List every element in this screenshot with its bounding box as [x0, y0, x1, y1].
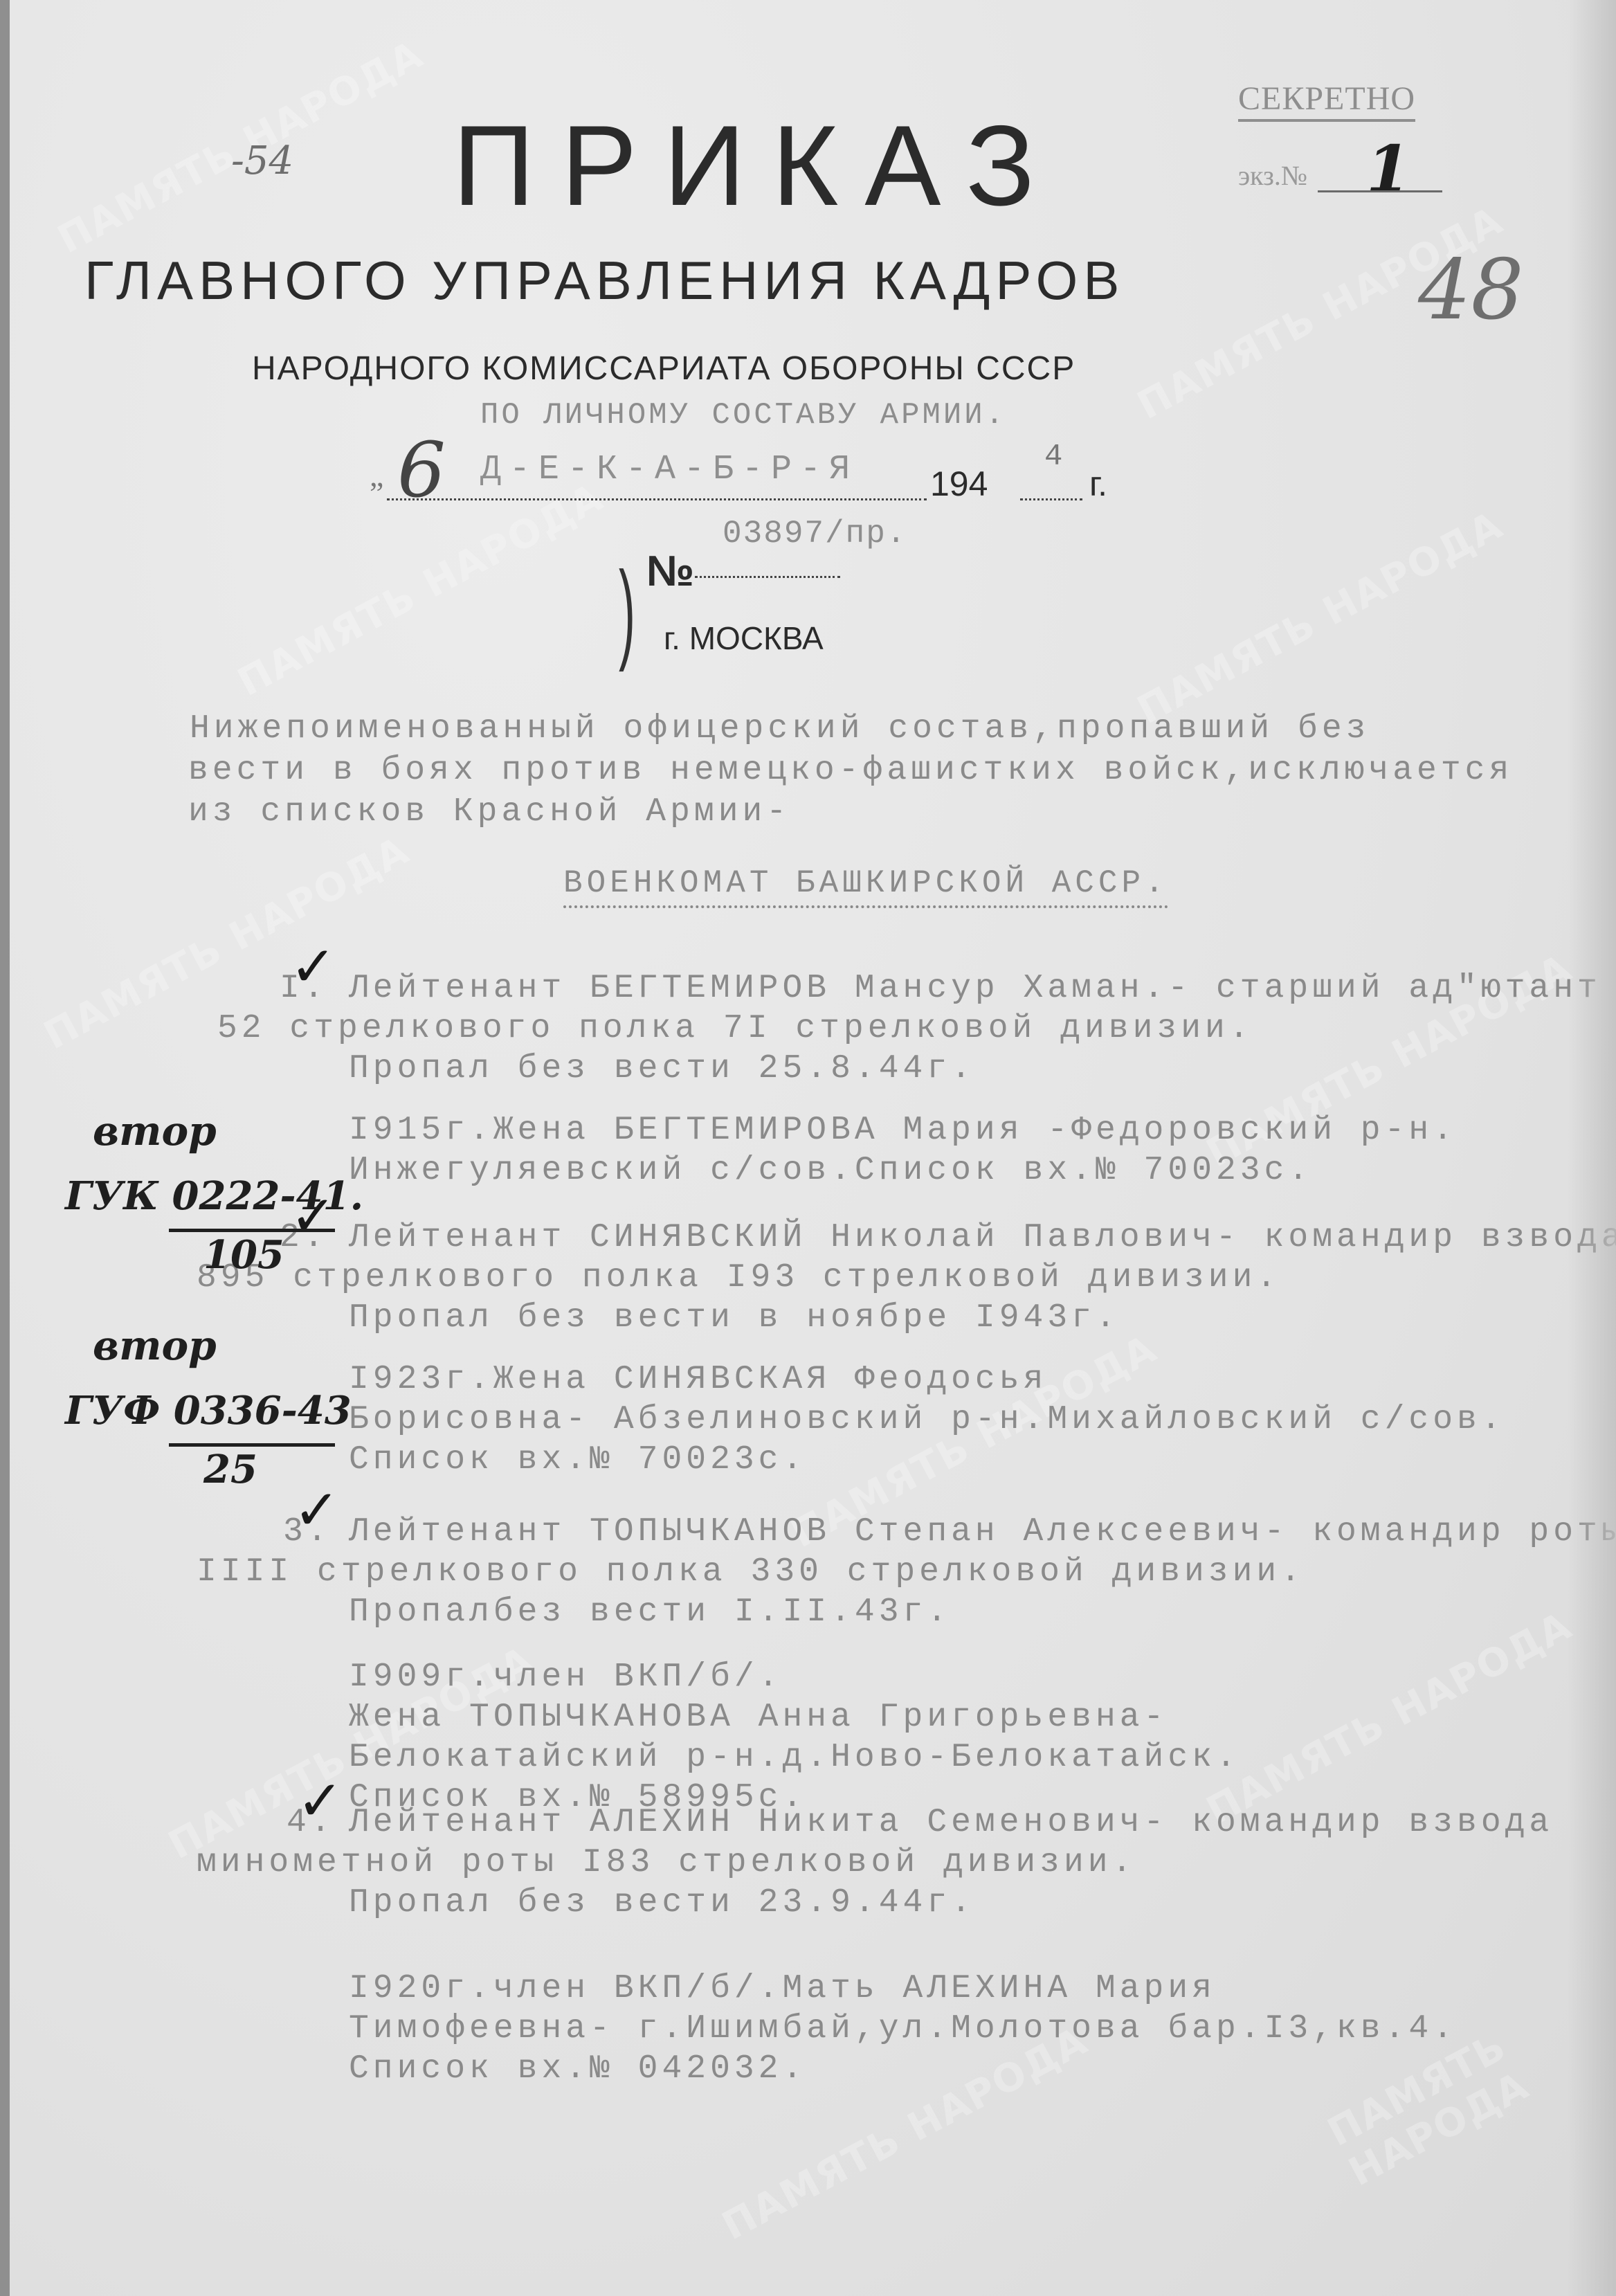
margin-note-label: втор [93, 1108, 217, 1155]
family-line: Список вх.№ 042032. [349, 2050, 806, 2088]
family-line: Жена ТОПЫЧКАНОВА Анна Григорьевна- [349, 1698, 1168, 1737]
order-number: 03897/пр. [723, 516, 907, 552]
document-page: ПАМЯТЬ НАРОДА ПАМЯТЬ НАРОДА ПАМЯТЬ НАРОД… [10, 0, 1616, 2296]
date-year-prefix: 194 [930, 464, 988, 504]
date-month: Д-Е-К-А-Б-Р-Я [480, 450, 858, 489]
date-dotted-line [387, 498, 927, 500]
intro-line: вести в боях против немецко-фашистких во… [188, 751, 1513, 790]
page-mark: -54 [231, 138, 293, 183]
issuing-body: ГЛАВНОГО УПРАВЛЕНИЯ КАДРОВ [84, 249, 1125, 312]
section-title: ВОЕНКОМАТ БАШКИРСКОЙ АССР. [563, 865, 1168, 908]
margin-note-denominator: 25 [203, 1447, 257, 1492]
copy-label: экз.№ [1238, 159, 1307, 192]
secrecy-stamp: СЕКРЕТНО [1238, 80, 1415, 122]
watermark: ПАМЯТЬ НАРОДА [1199, 1603, 1579, 1834]
sheet-number: 48 [1418, 242, 1524, 338]
margin-note-reference: ГУФ 0336-43 [65, 1388, 352, 1434]
date-day: 6 [397, 426, 446, 514]
margin-note-reference: ГУК 0222-41. [65, 1173, 363, 1219]
entry-line: Лейтенант СИНЯВСКИЙ Николай Павлович- ко… [349, 1218, 1616, 1257]
family-line: Инжегуляевский с/сов.Список вх.№ 70023с. [349, 1151, 1312, 1190]
brace-mark: ) [619, 547, 635, 674]
checkmark-icon: ✓ [293, 1478, 340, 1542]
copy-number: 1 [1366, 132, 1410, 206]
checkmark-icon: ✓ [290, 934, 336, 999]
commissariat: НАРОДНОГО КОМИССАРИАТА ОБОРОНЫ СССР [252, 350, 1075, 388]
entry-line: Пропал без вести 23.9.44г. [349, 1883, 975, 1922]
entry-line: Пропалбез вести I.II.43г. [349, 1593, 951, 1631]
entry-line: 895 стрелкового полка I93 стрелковой див… [197, 1258, 1280, 1297]
family-line: Тимофеевна- г.Ишимбай,ул.Молотова бар.I3… [349, 2009, 1457, 2048]
number-sign: № [646, 547, 694, 596]
family-line: I915г.Жена БЕГТЕМИРОВА Мария -Федоровски… [349, 1111, 1457, 1150]
date-year-dots [1020, 498, 1082, 500]
margin-note-denominator: 105 [203, 1232, 284, 1278]
entry-line: Пропал без вести 25.8.44г. [349, 1049, 975, 1088]
watermark: ПАМЯТЬ НАРОДА [1130, 503, 1510, 733]
entry-line: Лейтенант АЛЕХИН Никита Семенович- коман… [349, 1803, 1553, 1842]
family-line: I909г.член ВКП/б/. [349, 1658, 782, 1697]
family-line: Борисовна- Абзелиновский р-н.Михайловски… [349, 1400, 1505, 1439]
document-title: ПРИКАЗ [453, 100, 1061, 231]
date-quote: „ [370, 457, 383, 494]
checkmark-icon: ✓ [297, 1769, 343, 1833]
entry-line: минометной роты I83 стрелковой дивизии. [197, 1843, 1136, 1882]
family-line: Список вх.№ 70023с. [349, 1440, 806, 1479]
date-year-digit: 4 [1044, 440, 1066, 474]
date-year-suffix: г. [1089, 464, 1107, 504]
family-line: I920г.член ВКП/б/.Мать АЛЕХИНА Мария [349, 1969, 1216, 2008]
copy-underline [1318, 190, 1442, 192]
family-line: I923г.Жена СИНЯВСКАЯ Феодосья [349, 1360, 1047, 1399]
family-line: Белокатайский р-н.д.Ново-Белокатайск. [349, 1738, 1240, 1777]
intro-line: из списков Красной Армии- [188, 793, 790, 831]
entry-line: IIII стрелкового полка 330 стрелковой ди… [197, 1553, 1305, 1591]
number-dotted-line [695, 576, 840, 578]
entry-line: 52 стрелкового полка 7I стрелковой дивиз… [217, 1009, 1253, 1048]
entry-line: Пропал без вести в ноябре I943г. [349, 1299, 1120, 1337]
entry-line: Лейтенант ТОПЫЧКАНОВ Степан Алексеевич- … [349, 1512, 1616, 1551]
margin-note-label: втор [93, 1322, 217, 1369]
department: ПО ЛИЧНОМУ СОСТАВУ АРМИИ. [480, 398, 1006, 433]
city: г. МОСКВА [664, 620, 824, 657]
entry-line: Лейтенант БЕГТЕМИРОВ Мансур Хаман.- стар… [349, 969, 1601, 1008]
intro-line: Нижепоименованный офицерский состав,проп… [190, 709, 1370, 748]
